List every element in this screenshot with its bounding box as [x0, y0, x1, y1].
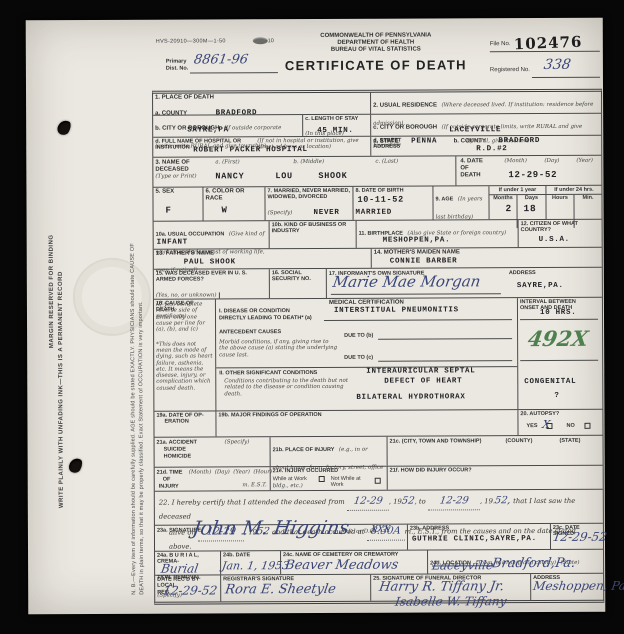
age-years-box: 9. AGE (In years last birthday): [433, 186, 489, 219]
primary-dist-label-2: Dist. No.: [166, 66, 188, 72]
death-date-month-label: (Month): [504, 158, 527, 164]
disease-label-1: I. DISEASE OR CONDITION: [219, 308, 290, 315]
congenital-qmark: ?: [554, 392, 559, 400]
injury-time-label-3: INJURY: [159, 484, 179, 490]
place-stay-box: c. LENGTH OF STAY (In this place) 45 MIN…: [303, 115, 370, 136]
disease-line: [324, 319, 512, 321]
certificate-header: HVS-20910—300M—1-50 -10 Primary Dist. No…: [152, 29, 602, 91]
certify-from-value: 12-29: [352, 493, 383, 510]
armed-forces-cell: 15. WAS DECEASED EVER IN U. S. ARMED FOR…: [154, 269, 270, 299]
row-informant: 15. WAS DECEASED EVER IN U. S. ARMED FOR…: [154, 268, 602, 300]
marital-cell: 7. MARRIED, NEVER MARRIED, WIDOWED, DIVO…: [265, 187, 353, 220]
death-date-year-label: (Year): [576, 158, 593, 164]
primary-dist-underline: [190, 72, 278, 73]
certify-from-year: 52: [401, 493, 416, 510]
disease-label-2: DIRECTLY LEADING TO DEATH* (a): [219, 315, 312, 322]
date-of-death-cell: 4. DATE OF DEATH (Month) (Day) (Year) 12…: [456, 156, 601, 186]
file-no-label: File No.: [490, 41, 511, 48]
informant-cell: 17. INFORMANT'S OWN SIGNATURE ADDRESS Ma…: [327, 268, 602, 298]
row-burial: 24a. B U R I A L, CREMA- TION, REMOVAL (…: [155, 550, 603, 576]
birth-date-label: 8. DATE OF BIRTH: [355, 187, 430, 194]
residence-street-subcell: d. STREET ADDRESS (If rural, give locati…: [371, 136, 601, 156]
name-first-value: NANCY: [215, 171, 244, 181]
burial-date-label: 24b. DATE: [223, 552, 278, 559]
injury-state-label: (STATE): [560, 438, 581, 444]
operation-date-cell: 19a. DATE OF OP- ERATION: [154, 411, 216, 436]
age-under24-box: If under 24 hrs. Hours Min.: [546, 186, 601, 219]
injury-time-cell: 21d. TIME (Month) (Day) (Year) (Hour) OF…: [155, 467, 271, 491]
certify-to-slot: 12-29: [428, 492, 480, 510]
age-under24-label: If under 24 hrs.: [546, 186, 601, 196]
due-to-c-line: [378, 360, 512, 362]
funeral-director-signature: Harry R. Tiffany Jr.: [378, 579, 505, 595]
industry-label: 10b. KIND OF BUSINESS OR INDUSTRY: [272, 222, 354, 235]
informant-signature: Marie Mae Morgan: [331, 272, 481, 291]
form-number: HVS-20910—300M—1-50: [156, 38, 226, 44]
cemetery-value: Beaver Meadows: [284, 558, 399, 574]
injury-work-yes-checkbox: [319, 476, 325, 482]
place-stay-label: c. LENGTH OF STAY: [305, 116, 368, 123]
mother-cell: 14. MOTHER'S MAIDEN NAME CONNIE BARBER: [372, 248, 602, 268]
name-title-note: (Type or Print): [155, 174, 196, 180]
residence-city-value: LACEYVILLE: [449, 126, 501, 134]
injury-occurred-label: 21e. INJURY OCCURRED: [273, 468, 385, 475]
place-city-value: SAYRE,PA: [187, 126, 229, 134]
due-to-c-label: DUE TO (c): [344, 355, 373, 361]
physician-addr-value: GUTHRIE CLINIC,SAYRE,PA.: [412, 535, 537, 544]
funeral-addr-value: Meshoppen, Pa.: [532, 579, 624, 593]
death-date-day-label: (Day): [544, 158, 559, 164]
occupation-label: 10a. USUAL OCCUPATION: [156, 231, 225, 237]
autopsy-yes-label: YES: [526, 423, 537, 429]
occupation-cell: 10a. USUAL OCCUPATION (Give kind of work…: [154, 221, 270, 249]
race-label: 6. COLOR OR RACE: [205, 188, 262, 203]
certify-from-slot: 12-29: [347, 493, 389, 511]
death-date-value: 12-29-52: [508, 170, 557, 180]
funeral-director-signature-2: Isabelle W. Tiffany: [394, 594, 507, 608]
certificate-title: CERTIFICATE OF DEATH: [270, 57, 482, 73]
interval-line: [520, 319, 598, 320]
burial-location-value: Bradford,Pa.: [491, 556, 577, 571]
burial-date-value: Jan. 1, 1953: [221, 559, 290, 572]
residence-street-label: d. STREET ADDRESS: [373, 138, 423, 151]
row-operation-autopsy: 19a. DATE OF OP- ERATION 19b. MAJOR FIND…: [154, 410, 602, 438]
name-of-deceased-cell: 3. NAME OF DECEASED (Type or Print) a. (…: [153, 156, 456, 186]
armed-forces-note-1: (Yes, no, or unknown): [156, 292, 220, 299]
certificate-form: 1. PLACE OF DEATH a. COUNTY BRADFORD b. …: [152, 89, 604, 605]
armed-forces-label: 15. WAS DECEASED EVER IN U. S. ARMED FOR…: [156, 270, 267, 283]
father-label: 13. FATHER'S NAME: [156, 250, 369, 258]
name-title: 3. NAME OF DECEASED: [155, 159, 205, 174]
place-title: 1. PLACE OF DEATH: [155, 94, 368, 102]
row-place-residence: 1. PLACE OF DEATH a. COUNTY BRADFORD b. …: [153, 92, 601, 158]
interval-cell: INTERVAL BETWEEN ONSET AND DEATH 10 HRS.…: [518, 298, 602, 409]
place-city-box: b. CITY OR BOROUGH (If outside corporate…: [153, 115, 303, 137]
date-received-cell: DATE REC'D BY LOCAL REG. 12-29-52: [155, 575, 221, 601]
other-conditions-label: II. OTHER SIGNIFICANT CONDITIONS: [219, 370, 317, 377]
usual-residence-cell: 2. USUAL RESIDENCE (Where deceased lived…: [371, 92, 601, 156]
marital-value-2: MARRIED: [356, 209, 392, 217]
citizen-value: U.S.A.: [539, 236, 570, 244]
recd-value: 12-29-52: [162, 583, 218, 597]
certify-to-value: 12-29: [438, 492, 469, 509]
place-of-death-cell: 1. PLACE OF DEATH a. COUNTY BRADFORD b. …: [153, 93, 371, 157]
org-line-3: BUREAU OF VITAL STATISTICS: [270, 47, 482, 55]
antecedent-label: ANTECEDENT CAUSES: [219, 329, 281, 336]
certify-text-1: 22. I hereby certify that I attended the…: [159, 498, 345, 507]
age-months-value: 2: [506, 203, 512, 214]
residence-street-value: R.D.#2: [476, 145, 507, 153]
registered-no-value: 338: [543, 57, 572, 73]
industry-cell: 10b. KIND OF BUSINESS OR INDUSTRY: [270, 221, 357, 248]
disease-value: INTERSTITUAL PNEUMONITIS: [334, 306, 459, 315]
burial-location-struck: Laceyville: [431, 558, 494, 572]
burial-kind-value: Burial: [160, 562, 199, 576]
injury-work-yes-label: While at Work: [273, 476, 307, 482]
occupation-value: INFANT: [157, 239, 188, 247]
age-under1-label: If under 1 year: [489, 186, 545, 196]
row-injury-time: 21d. TIME (Month) (Day) (Year) (Hour) OF…: [155, 466, 603, 492]
name-middle-value: LOU: [275, 171, 292, 181]
injury-work-no-checkbox: [375, 478, 381, 484]
registrar-signature: Rora E. Sheetyle: [224, 582, 337, 597]
injury-place-label: 21b. PLACE OF INJURY: [273, 447, 335, 453]
autopsy-no-label: NO: [566, 423, 574, 429]
place-institution-subcell: d. FULL NAME OF HOSPITAL OR INSTITUTION …: [153, 137, 370, 157]
injury-time-est: m. E.S.T.: [242, 482, 266, 488]
certify-text-2: , 19: [389, 498, 402, 506]
registrar-signature-cell: REGISTRAR'S SIGNATURE Rora E. Sheetyle: [221, 575, 371, 602]
place-county-subcell: 1. PLACE OF DEATH a. COUNTY BRADFORD: [153, 93, 370, 116]
sex-label: 5. SEX: [155, 189, 200, 196]
cause-label: 18. CAUSE OF DEATH: [156, 300, 213, 313]
physician-addr-label: 23b. ADDRESS: [410, 525, 548, 532]
physician-date-cell: 23c. DATE SIGNED 12-29-52: [551, 524, 603, 549]
physician-date-value: 12-29-52: [552, 530, 608, 544]
sex-value: F: [166, 206, 172, 216]
injury-how-cell: 21f. HOW DID INJURY OCCUR?: [388, 466, 603, 490]
injury-time-label-1: 21d. TIME: [157, 470, 183, 476]
physician-signature-cell: 23a. SIGNATURE John M. Higgins M.D. or D…: [155, 525, 408, 551]
father-cell: 13. FATHER'S NAME PAUL SHOOK: [154, 249, 372, 269]
father-value: PAUL SHOOK: [184, 258, 236, 266]
due-to-b-line: [378, 338, 512, 340]
residence-title: 2. USUAL RESIDENCE: [373, 102, 437, 108]
injury-kind-cell: 21a. ACCIDENT SUICIDE HOMICIDE (Specify): [155, 437, 271, 467]
other-conditions-value-1: INTERAURICULAR SEPTAL: [366, 367, 475, 375]
autopsy-label: 20. AUTOPSY?: [520, 411, 600, 418]
injury-work-no-label: Not While at Work: [331, 476, 371, 489]
interval-value: 10 HRS.: [540, 309, 576, 317]
other-conditions-note: Conditions contributing to the death but…: [224, 378, 354, 398]
mother-value: CONNIE BARBER: [390, 257, 458, 265]
place-inst-value: ROBERT PACKER HOSPITAL: [193, 146, 307, 154]
autopsy-no-checkbox: [584, 423, 590, 429]
row-injury-type: 21a. ACCIDENT SUICIDE HOMICIDE (Specify)…: [155, 436, 603, 468]
interval-divider: [520, 360, 598, 361]
cemetery-cell: 24c. NAME OF CEMETERY OR CREMATORY Beave…: [281, 551, 428, 575]
operation-findings-label: 19b. MAJOR FINDINGS OF OPERATION: [218, 411, 515, 419]
injury-kind-label-1: 21a. ACCIDENT: [157, 440, 197, 446]
row-occupation: 10a. USUAL OCCUPATION (Give kind of work…: [154, 220, 602, 250]
age-label: 9. AGE: [435, 196, 453, 202]
operation-findings-cell: 19b. MAJOR FINDINGS OF OPERATION: [216, 410, 518, 436]
autopsy-cell: 20. AUTOPSY? YES X NO: [518, 410, 602, 435]
ssn-cell: 16. SOCIAL SECURITY NO.: [270, 269, 327, 298]
cause-notes-cell: 18. CAUSE OF DEATH Enter only one cause …: [154, 299, 216, 410]
medical-certification-cell: MEDICAL CERTIFICATION I. DISEASE OR COND…: [216, 298, 518, 410]
injury-city-label: 21c. (CITY, TOWN AND TOWNSHIP): [390, 438, 482, 445]
burial-date-cell: 24b. DATE Jan. 1, 1953: [221, 551, 281, 574]
birthplace-cell: 11. BIRTHPLACE (Also give State or forei…: [357, 220, 519, 248]
margin-nb-note-2: DEATH in plain terms, so that it may be …: [137, 65, 145, 595]
ssn-label: 16. SOCIAL SECURITY NO.: [272, 270, 324, 283]
punch-hole-top: [55, 118, 73, 137]
embossed-seal: [73, 258, 151, 336]
age-min-label: Min.: [574, 195, 601, 201]
citizen-cell: 12. CITIZEN OF WHAT COUNTRY? U.S.A.: [519, 220, 602, 247]
other-conditions-value-2: DEFECT OF HEART: [384, 377, 462, 385]
residence-street-note: (If rural, give location): [466, 138, 529, 145]
registered-no-label: Registered No.: [490, 67, 530, 74]
punch-hole-bottom: [67, 456, 85, 475]
residence-city-subcell: c. CITY OR BOROUGH (If outside corporate…: [371, 114, 601, 137]
injury-time-label-2: OF: [163, 477, 171, 483]
mother-label: 14. MOTHER'S MAIDEN NAME: [374, 249, 600, 257]
injury-city-cell: 21c. (CITY, TOWN AND TOWNSHIP) (COUNTY) …: [388, 436, 603, 466]
age-hours-label: Hours: [546, 195, 573, 201]
name-first-label: a. (First): [215, 159, 239, 165]
informant-address-label: ADDRESS: [509, 270, 536, 276]
injury-kind-note: (Specify): [225, 439, 250, 445]
race-cell: 6. COLOR OR RACE W: [203, 187, 265, 220]
row-cause-of-death: 18. CAUSE OF DEATH Enter only one cause …: [154, 298, 602, 412]
age-days-value: 18: [524, 203, 537, 214]
primary-dist-label-1: Primary: [166, 59, 187, 65]
certify-to-year: 52,: [494, 492, 513, 509]
row-demographics: 5. SEX F 6. COLOR OR RACE W 7. MARRIED, …: [153, 186, 601, 222]
cause-footnote: *This does not mean the mode of dying, s…: [156, 341, 213, 392]
row-parents: 13. FATHER'S NAME PAUL SHOOK 14. MOTHER'…: [154, 248, 602, 270]
name-last-value: SHOOK: [318, 171, 347, 181]
burial-kind-cell: 24a. B U R I A L, CREMA- TION, REMOVAL (…: [155, 551, 221, 574]
funeral-director-cell: 25. SIGNATURE OF FUNERAL DIRECTOR Harry …: [371, 574, 531, 601]
congenital-value: CONGENITAL: [524, 378, 576, 386]
funeral-director-address-cell: ADDRESS Meshoppen, Pa.: [531, 574, 603, 600]
operation-date-label-2: ERATION: [164, 419, 213, 426]
margin-binding-note: MARGIN RESERVED FOR BINDING: [48, 148, 55, 348]
race-value: W: [222, 205, 228, 215]
birth-date-cell: 8. DATE OF BIRTH 10-11-52 MARRIED: [353, 186, 433, 219]
age-under1-box: If under 1 year Months 2 Days 18: [489, 186, 546, 219]
age-cell: 9. AGE (In years last birthday) If under…: [433, 186, 601, 220]
sex-cell: 5. SEX F: [153, 187, 203, 220]
injury-place-cell: 21b. PLACE OF INJURY (e.g., in or about …: [271, 437, 388, 467]
informant-address-value: SAYRE,PA.: [517, 282, 564, 290]
injury-county-label: (COUNTY): [506, 438, 533, 444]
residence-city-label: c. CITY OR BOROUGH: [373, 124, 437, 130]
death-date-title: 4. DATE OF DEATH: [460, 158, 490, 180]
registered-no-underline: [532, 77, 600, 78]
injury-kind-label-3: HOMICIDE: [164, 454, 192, 460]
primary-dist-value: 8861-96: [193, 52, 249, 67]
certificate-paper: MARGIN RESERVED FOR BINDING WRITE PLAINL…: [26, 18, 606, 615]
injury-how-label: 21f. HOW DID INJURY OCCUR?: [390, 467, 601, 474]
cause-code-value: 492X: [526, 326, 590, 351]
margin-permanent-note: WRITE PLAINLY WITH UNFADING INK—THIS IS …: [57, 148, 65, 508]
row-registrar: DATE REC'D BY LOCAL REG. 12-29-52 REGIST…: [155, 574, 603, 602]
due-to-b-label: DUE TO (b): [344, 333, 373, 339]
marital-note: (Specify): [268, 210, 293, 216]
row-name-deathdate: 3. NAME OF DECEASED (Type or Print) a. (…: [153, 156, 601, 188]
place-city-subcell: b. CITY OR BOROUGH (If outside corporate…: [153, 115, 370, 138]
place-stay-value: 45 MIN.: [317, 127, 353, 135]
agency-block: COMMONWEALTH OF PENNSYLVANIA DEPARTMENT …: [270, 32, 482, 72]
other-conditions-value-3: BILATERAL HYDROTHORAX: [356, 393, 465, 401]
age-months-label: Months: [489, 195, 516, 201]
physician-md-mark: XXX: [370, 525, 391, 535]
birthplace-value: MESHOPPEN,PA.: [383, 236, 451, 244]
citizen-label: 12. CITIZEN OF WHAT COUNTRY?: [521, 221, 600, 234]
age-days-label: Days: [517, 195, 545, 201]
name-last-label: c. (Last): [375, 159, 398, 165]
injury-occurred-cell: 21e. INJURY OCCURRED While at Work Not W…: [271, 467, 388, 491]
name-middle-label: b. (Middle): [293, 159, 324, 165]
physician-signature: John M. Higgins: [191, 517, 351, 540]
injury-kind-label-2: SUICIDE: [164, 447, 186, 453]
cause-instruction: Enter only one cause per line for (a), (…: [156, 314, 213, 333]
residence-state-subcell: 2. USUAL RESIDENCE (Where deceased lived…: [371, 92, 601, 115]
autopsy-yes-mark: X: [541, 418, 551, 431]
row-physician: 23a. SIGNATURE John M. Higgins M.D. or D…: [155, 524, 603, 552]
marital-value-1: NEVER: [314, 209, 340, 217]
birth-date-value: 10-11-52: [357, 195, 403, 205]
informant-signature-line: [331, 293, 501, 295]
physician-address-cell: 23b. ADDRESS GUTHRIE CLINIC,SAYRE,PA.: [408, 524, 551, 550]
certify-text-4: , 19.: [480, 497, 495, 505]
injury-time-cols: (Month) (Day) (Year) (Hour): [189, 469, 272, 476]
certify-text-3: , to: [415, 498, 426, 506]
marital-label: 7. MARRIED, NEVER MARRIED, WIDOWED, DIVO…: [267, 188, 350, 201]
burial-location-cell: 24d. LOCATION (Town, township and county…: [428, 550, 603, 574]
morbid-note: Morbid conditions, if any, giving rise t…: [219, 339, 339, 358]
